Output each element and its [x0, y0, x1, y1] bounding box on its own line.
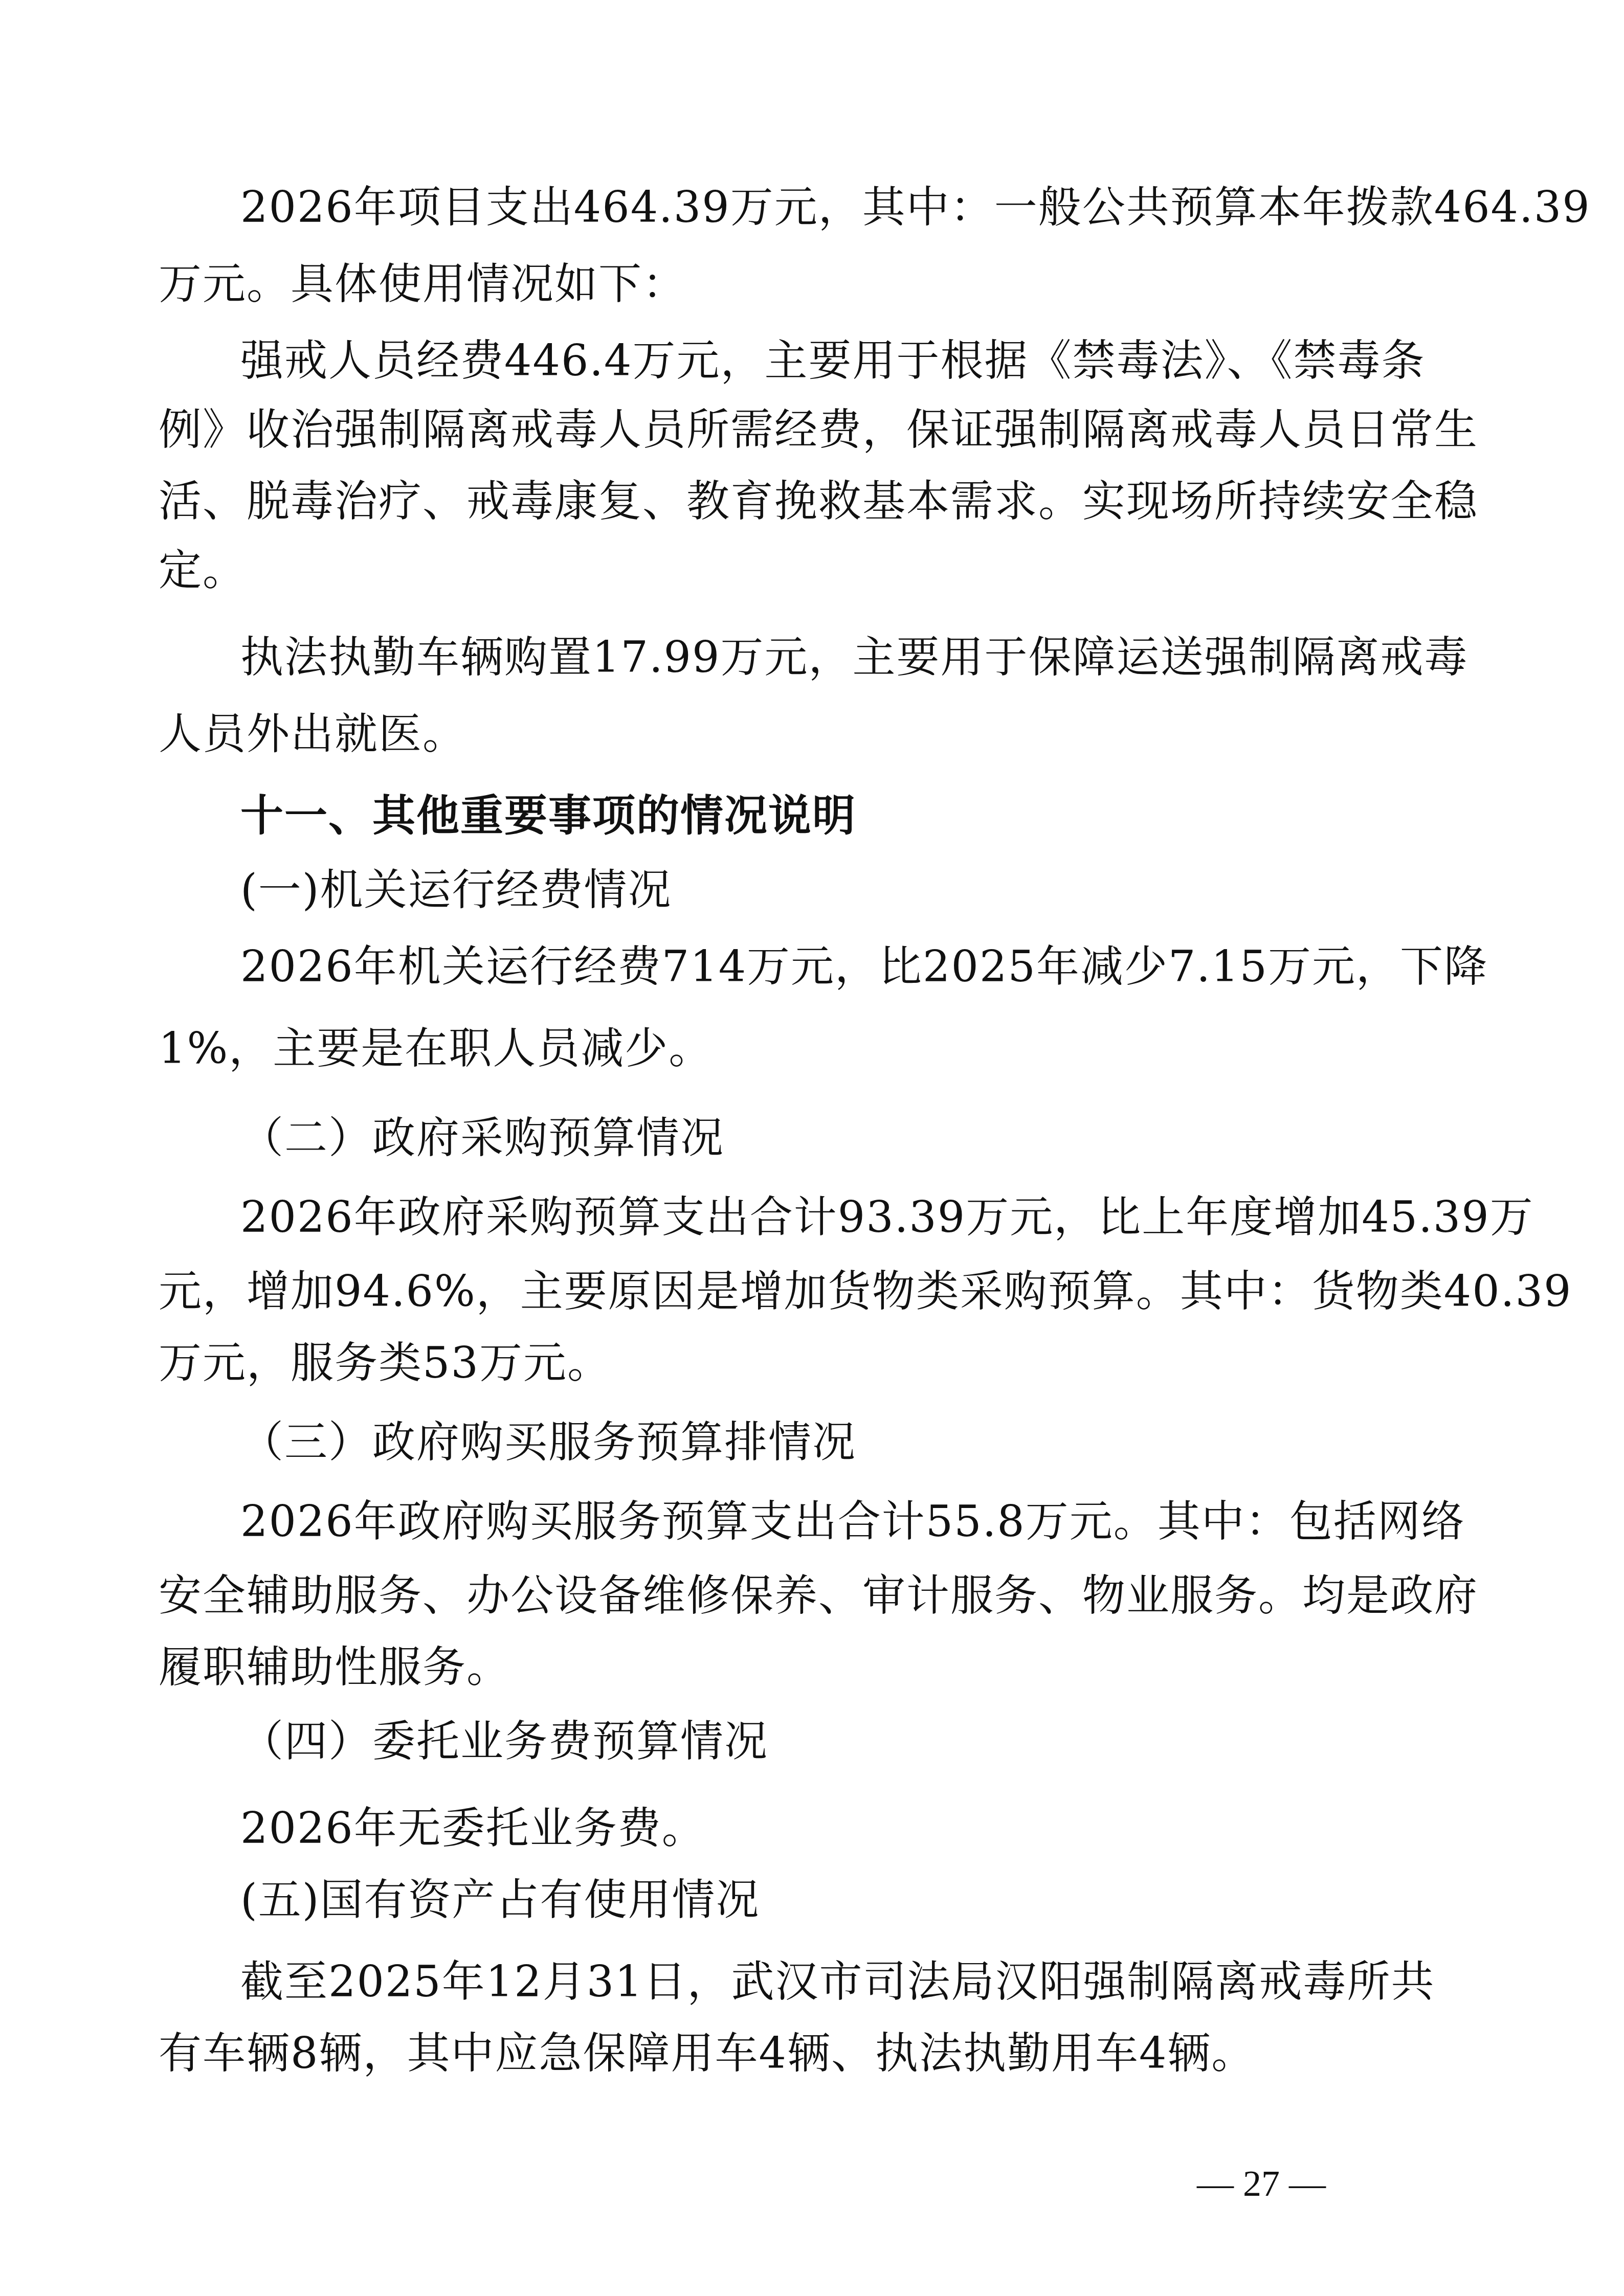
- paragraph-line: 元，增加94.6%，主要原因是增加货物类采购预算。其中：货物类40.39: [159, 1266, 1572, 1317]
- paragraph-line: 安全辅助服务、办公设备维修保养、审计服务、物业服务。均是政府: [159, 1570, 1478, 1621]
- paragraph-line: 2026年无委托业务费。: [240, 1803, 706, 1854]
- paragraph-line: 活、脱毒治疗、戒毒康复、教育挽救基本需求。实现场所持续安全稳: [159, 476, 1478, 527]
- paragraph-line: 强戒人员经费446.4万元，主要用于根据《禁毒法》、《禁毒条: [240, 335, 1425, 386]
- paragraph-line: 2026年政府购买服务预算支出合计55.8万元。其中：包括网络: [240, 1496, 1465, 1547]
- paragraph-line: 履职辅助性服务。: [159, 1641, 510, 1693]
- section-heading: 十一、其他重要事项的情况说明: [240, 790, 856, 841]
- paragraph-line: 万元。具体使用情况如下：: [159, 258, 686, 309]
- paragraph-line: 人员外出就医。: [159, 708, 466, 759]
- page-number: — 27 —: [1197, 2158, 1326, 2209]
- subsection-title: (五)国有资产占有使用情况: [240, 1874, 760, 1925]
- paragraph-line: 1%，主要是在职人员减少。: [159, 1023, 713, 1074]
- subsection-title: （二）政府采购预算情况: [240, 1112, 724, 1163]
- paragraph-line: 2026年项目支出464.39万元，其中：一般公共预算本年拨款464.39: [240, 182, 1591, 233]
- paragraph-line: 定。: [159, 545, 247, 596]
- paragraph-line: 2026年机关运行经费714万元，比2025年减少7.15万元，下降: [240, 941, 1488, 992]
- paragraph-line: 执法执勤车辆购置17.99万元，主要用于保障运送强制隔离戒毒: [240, 632, 1468, 683]
- subsection-title: （四）委托业务费预算情况: [240, 1716, 768, 1767]
- subsection-title: (一)机关运行经费情况: [240, 864, 672, 915]
- paragraph-line: 2026年政府采购预算支出合计93.39万元，比上年度增加45.39万: [240, 1191, 1534, 1243]
- paragraph-line: 截至2025年12月31日，武汉市司法局汉阳强制隔离戒毒所共: [240, 1956, 1435, 2007]
- paragraph-line: 例》收治强制隔离戒毒人员所需经费，保证强制隔离戒毒人员日常生: [159, 404, 1478, 455]
- subsection-title: （三）政府购买服务预算排情况: [240, 1416, 856, 1468]
- paragraph-line: 有车辆8辆，其中应急保障用车4辆、执法执勤用车4辆。: [159, 2028, 1255, 2079]
- paragraph-line: 万元，服务类53万元。: [159, 1337, 611, 1388]
